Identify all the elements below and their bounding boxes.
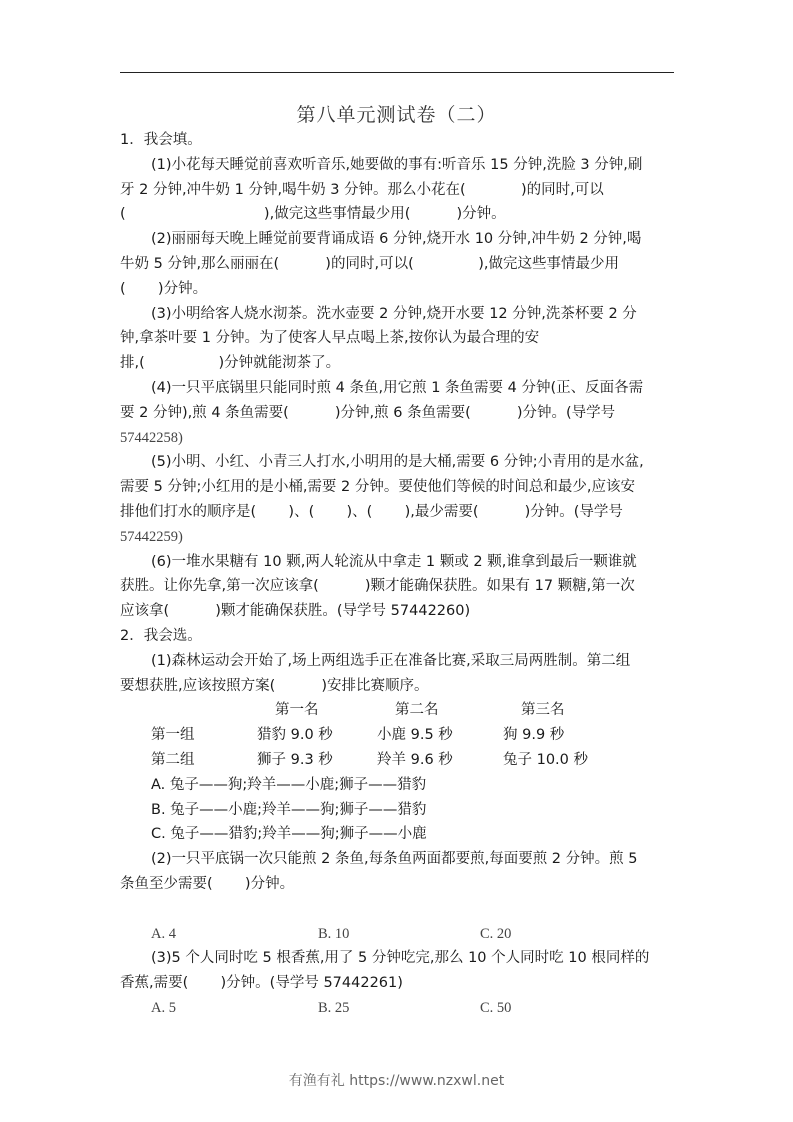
option-b: B. 25 <box>318 996 480 1021</box>
option-a: A. 4 <box>151 922 318 947</box>
option-a: A. 兔子——狗;羚羊——小鹿;狮子——猎豹 <box>120 773 680 798</box>
question-2-1: (1)森林运动会开始了,场上两组选手正在准备比赛,采取三局两胜制。第二组 要想获… <box>120 649 680 847</box>
race-table: 第一名 第二名 第三名 第一组 猎豹 9.0 秒 小鹿 9.5 秒 狗 9.9 … <box>120 698 680 772</box>
question-line: 需要 5 分钟;小红用的是小桶,需要 2 分钟。要使他们等候的时间总和最少,应该… <box>120 475 680 500</box>
question-line: 条鱼至少需要( )分钟。 <box>120 872 680 897</box>
question-1-1: (1)小花每天睡觉前喜欢听音乐,她要做的事有:听音乐 15 分钟,洗脸 3 分钟… <box>120 153 680 227</box>
question-2-3: (3)5 个人同时吃 5 根香蕉,用了 5 分钟吃完,那么 10 个人同时吃 1… <box>120 946 680 1020</box>
table-header: 第二名 <box>377 698 503 723</box>
section-heading-fill: 1．我会填。 <box>120 128 680 153</box>
question-line: (3)小明给客人烧水沏茶。洗水壶要 2 分钟,烧开水要 12 分钟,洗茶杯要 2… <box>120 302 680 327</box>
question-line: 牙 2 分钟,冲牛奶 1 分钟,喝牛奶 3 分钟。那么小花在( )的同时,可以 <box>120 178 680 203</box>
document-body: 1．我会填。 (1)小花每天睡觉前喜欢听音乐,她要做的事有:听音乐 15 分钟,… <box>120 128 680 1021</box>
question-line: (2)一只平底锅一次只能煎 2 条鱼,每条鱼两面都要煎,每面要煎 2 分钟。煎 … <box>120 847 680 872</box>
options-row: A. 5 B. 25 C. 50 <box>120 996 680 1021</box>
table-cell: 狮子 9.3 秒 <box>257 748 377 773</box>
question-line: ( )分钟。 <box>120 277 680 302</box>
options-row: A. 4 B. 10 C. 20 <box>120 922 680 947</box>
question-line: 排,( )分钟就能沏茶了。 <box>120 351 680 376</box>
section-heading-choice: 2．我会选。 <box>120 624 680 649</box>
spacer <box>120 897 680 922</box>
question-line: 57442259) <box>120 525 680 550</box>
question-1-6: (6)一堆水果糖有 10 颗,两人轮流从中拿走 1 颗或 2 颗,谁拿到最后一颗… <box>120 550 680 624</box>
option-b: B. 兔子——小鹿;羚羊——狗;狮子——猎豹 <box>120 798 680 823</box>
option-c: C. 20 <box>480 922 630 947</box>
option-b: B. 10 <box>318 922 480 947</box>
question-line: 排他们打水的顺序是( )、( )、( ),最少需要( )分钟。(导学号 <box>120 500 680 525</box>
table-header: 第三名 <box>503 698 623 723</box>
table-cell: 第一组 <box>151 723 257 748</box>
table-cell: 兔子 10.0 秒 <box>503 748 623 773</box>
table-cell: 小鹿 9.5 秒 <box>377 723 503 748</box>
question-1-4: (4)一只平底锅里只能同时煎 4 条鱼,用它煎 1 条鱼需要 4 分钟(正、反面… <box>120 376 680 450</box>
question-line: 香蕉,需要( )分钟。(导学号 57442261) <box>120 971 680 996</box>
question-line: ( ),做完这些事情最少用( )分钟。 <box>120 202 680 227</box>
footer-watermark: 有渔有礼 https://www.nzxwl.net <box>0 1070 793 1090</box>
question-line: 要 2 分钟),煎 4 条鱼需要( )分钟,煎 6 条鱼需要( )分钟。(导学号 <box>120 401 680 426</box>
table-cell: 羚羊 9.6 秒 <box>377 748 503 773</box>
question-1-5: (5)小明、小红、小青三人打水,小明用的是大桶,需要 6 分钟;小青用的是水盆,… <box>120 450 680 549</box>
question-1-3: (3)小明给客人烧水沏茶。洗水壶要 2 分钟,烧开水要 12 分钟,洗茶杯要 2… <box>120 302 680 376</box>
question-line: (1)森林运动会开始了,场上两组选手正在准备比赛,采取三局两胜制。第二组 <box>120 649 680 674</box>
table-cell: 狗 9.9 秒 <box>503 723 623 748</box>
question-line: 钟,拿茶叶要 1 分钟。为了使客人早点喝上茶,按你认为最合理的安 <box>120 326 680 351</box>
question-line: (1)小花每天睡觉前喜欢听音乐,她要做的事有:听音乐 15 分钟,洗脸 3 分钟… <box>120 153 680 178</box>
question-line: 要想获胜,应该按照方案( )安排比赛顺序。 <box>120 674 680 699</box>
question-line: (4)一只平底锅里只能同时煎 4 条鱼,用它煎 1 条鱼需要 4 分钟(正、反面… <box>120 376 680 401</box>
question-line: (2)丽丽每天晚上睡觉前要背诵成语 6 分钟,烧开水 10 分钟,冲牛奶 2 分… <box>120 227 680 252</box>
option-c: C. 50 <box>480 996 630 1021</box>
question-1-2: (2)丽丽每天晚上睡觉前要背诵成语 6 分钟,烧开水 10 分钟,冲牛奶 2 分… <box>120 227 680 301</box>
question-line: 57442258) <box>120 426 680 451</box>
question-line: (5)小明、小红、小青三人打水,小明用的是大桶,需要 6 分钟;小青用的是水盆, <box>120 450 680 475</box>
option-c: C. 兔子——猎豹;羚羊——狗;狮子——小鹿 <box>120 822 680 847</box>
table-cell: 第二组 <box>151 748 257 773</box>
table-header <box>151 698 257 723</box>
header-rule <box>120 72 674 73</box>
option-a: A. 5 <box>151 996 318 1021</box>
question-line: (6)一堆水果糖有 10 颗,两人轮流从中拿走 1 颗或 2 颗,谁拿到最后一颗… <box>120 550 680 575</box>
question-line: 应该拿( )颗才能确保获胜。(导学号 57442260) <box>120 599 680 624</box>
question-2-2: (2)一只平底锅一次只能煎 2 条鱼,每条鱼两面都要煎,每面要煎 2 分钟。煎 … <box>120 847 680 946</box>
question-line: 牛奶 5 分钟,那么丽丽在( )的同时,可以( ),做完这些事情最少用 <box>120 252 680 277</box>
question-line: (3)5 个人同时吃 5 根香蕉,用了 5 分钟吃完,那么 10 个人同时吃 1… <box>120 946 680 971</box>
table-header: 第一名 <box>257 698 377 723</box>
table-cell: 猎豹 9.0 秒 <box>257 723 377 748</box>
question-line: 获胜。让你先拿,第一次应该拿( )颗才能确保获胜。如果有 17 颗糖,第一次 <box>120 574 680 599</box>
page-title: 第八单元测试卷（二） <box>0 100 793 127</box>
